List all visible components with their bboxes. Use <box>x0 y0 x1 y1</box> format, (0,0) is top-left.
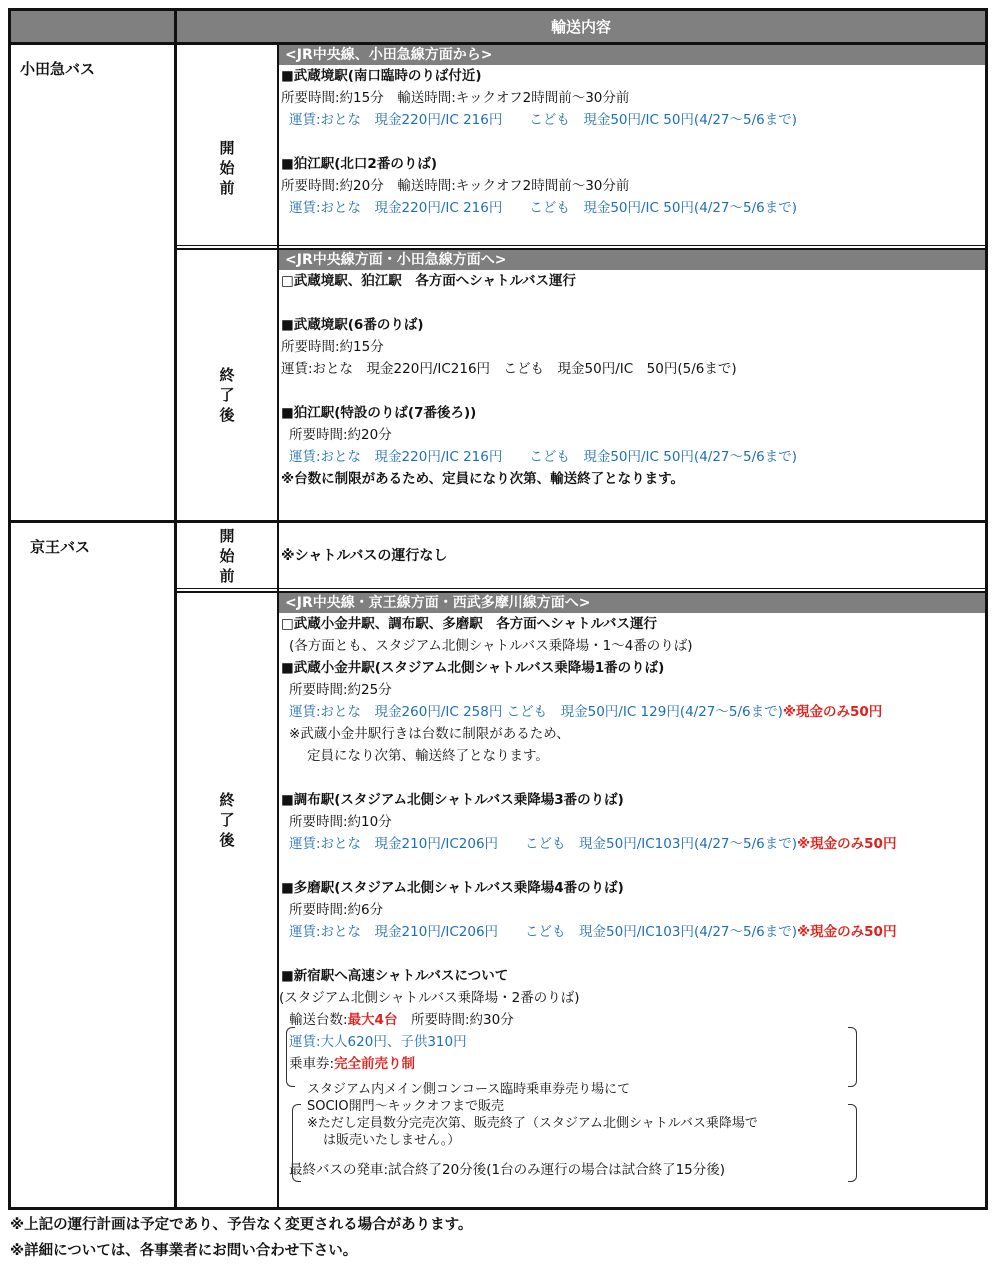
station-name: ■多磨駅(スタジアム北側シャトルバス乗降場4番のりば) <box>279 877 985 899</box>
travel-time: 所要時間:約6分 <box>279 899 985 921</box>
header-row-left <box>11 11 174 42</box>
travel-time: 所要時間:約30分 <box>411 1012 514 1028</box>
sale-period: SOCIO開門〜キックオフまで販売 <box>279 1098 985 1115</box>
station-name: ■武蔵境駅(6番のりば) <box>279 314 985 336</box>
cash-only-note: ※現金のみ50円 <box>797 924 896 940</box>
direction-band: <JR中央線・京王線方面・西武多摩川線方面へ> <box>279 593 985 613</box>
sale-note: は販売いたしません。） <box>279 1132 985 1149</box>
capacity-note: ※台数に制限があるため、定員になり次第、輸送終了となります。 <box>279 468 985 490</box>
phase-after-keio: 終 了 後 <box>217 790 237 850</box>
station-name: ■調布駅(スタジアム北側シャトルバス乗降場3番のりば) <box>279 789 985 811</box>
bracket-right <box>848 1027 857 1087</box>
cash-only-note: ※現金のみ50円 <box>783 704 882 720</box>
divider <box>177 588 985 589</box>
summary: □武蔵境駅、狛江駅 各方面へシャトルバス運行 <box>279 270 985 292</box>
cash-only-note: ※現金のみ50円 <box>797 836 896 852</box>
footer-note: ※上記の運行計画は予定であり、予告なく変更される場合があります。 <box>10 1213 472 1234</box>
sale-note: ※ただし定員数分完売次第、販売終了（スタジアム北側シャトルバス乗降場で <box>279 1115 985 1132</box>
odakyu-after-content: <JR中央線方面・小田急線方面へ> □武蔵境駅、狛江駅 各方面へシャトルバス運行… <box>279 250 985 490</box>
station-name: ■狛江駅(特設のりば(7番後ろ)) <box>279 402 985 424</box>
capacity-note: 定員になり次第、輸送終了となります。 <box>279 745 985 767</box>
last-bus: 最終バスの発車:試合終了20分後(1台のみ運行の場合は試合終了15分後) <box>279 1159 985 1181</box>
fare: 運賃:おとな 現金210円/IC206円 こども 現金50円/IC103円(4/… <box>289 836 797 852</box>
company-keio: 京王バス <box>30 536 90 557</box>
odakyu-before-content: <JR中央線、小田急線方面から> ■武蔵境駅(南口臨時のりば付近) 所要時間:約… <box>279 45 985 219</box>
station-name: ■狛江駅(北口2番のりば) <box>279 153 985 175</box>
capacity-note: ※武蔵小金井駅行きは台数に制限があるため、 <box>279 723 985 745</box>
bracket-right <box>848 1104 857 1182</box>
travel-time: 所要時間:約25分 <box>279 679 985 701</box>
keio-after-content: <JR中央線・京王線方面・西武多摩川線方面へ> □武蔵小金井駅、調布駅、多磨駅 … <box>279 593 985 1181</box>
phase-before-odakyu: 開 始 前 <box>217 138 237 198</box>
travel-time: 所要時間:約15分 <box>279 336 985 358</box>
fare: 運賃:おとな 現金220円/IC 216円 こども 現金50円/IC 50円(4… <box>279 109 985 131</box>
summary: □武蔵小金井駅、調布駅、多磨駅 各方面へシャトルバス運行 <box>279 613 985 635</box>
fare: 運賃:大人620円、子供310円 <box>279 1031 985 1053</box>
express-title: ■新宿駅へ高速シャトルバスについて <box>279 965 985 987</box>
fare: 運賃:おとな 現金260円/IC 258円 こども 現金50円/IC 129円(… <box>289 704 783 720</box>
fare: 運賃:おとな 現金210円/IC206円 こども 現金50円/IC103円(4/… <box>289 924 797 940</box>
fare: 運賃:おとな 現金220円/IC 216円 こども 現金50円/IC 50円(4… <box>279 446 985 468</box>
express-sub: (スタジアム北側シャトルバス乗降場・2番のりば) <box>279 987 985 1009</box>
phase-before-keio: 開 始 前 <box>217 526 237 586</box>
no-shuttle-note: ※シャトルバスの運行なし <box>281 545 447 567</box>
sale-location: スタジアム内メイン側コンコース臨時乗車券売り場にて <box>279 1081 985 1098</box>
travel-time: 所要時間:約15分 輸送時間:キックオフ2時間前〜30分前 <box>279 87 985 109</box>
summary-sub: (各方面とも、スタジアム北側シャトルバス乗降場・1〜4番のりば) <box>279 635 985 657</box>
station-name: ■武蔵境駅(南口臨時のりば付近) <box>279 65 985 87</box>
fare: 運賃:おとな 現金220円/IC 216円 こども 現金50円/IC 50円(4… <box>279 197 985 219</box>
divider <box>177 245 985 246</box>
bracket-left <box>286 1027 295 1087</box>
bus-count: 最大4台 <box>348 1012 398 1028</box>
bracket-left <box>292 1104 301 1182</box>
company-odakyu: 小田急バス <box>20 58 95 79</box>
direction-band: <JR中央線方面・小田急線方面へ> <box>279 250 985 270</box>
divider <box>8 520 988 523</box>
travel-time: 所要時間:約10分 <box>279 811 985 833</box>
travel-time: 所要時間:約20分 <box>279 424 985 446</box>
travel-time: 所要時間:約20分 輸送時間:キックオフ2時間前〜30分前 <box>279 175 985 197</box>
direction-band: <JR中央線、小田急線方面から> <box>279 45 985 65</box>
fare: 運賃:おとな 現金220円/IC216円 こども 現金50円/IC 50円(5/… <box>279 358 985 380</box>
phase-after-odakyu: 終 了 後 <box>217 365 237 425</box>
footer-note: ※詳細については、各事業者にお問い合わせ下さい。 <box>10 1239 357 1260</box>
ticket-type: 完全前売り制 <box>334 1056 415 1072</box>
header-title: 輸送内容 <box>177 11 985 42</box>
divider <box>174 8 177 1210</box>
station-name: ■武蔵小金井駅(スタジアム北側シャトルバス乗降場1番のりば) <box>279 657 985 679</box>
